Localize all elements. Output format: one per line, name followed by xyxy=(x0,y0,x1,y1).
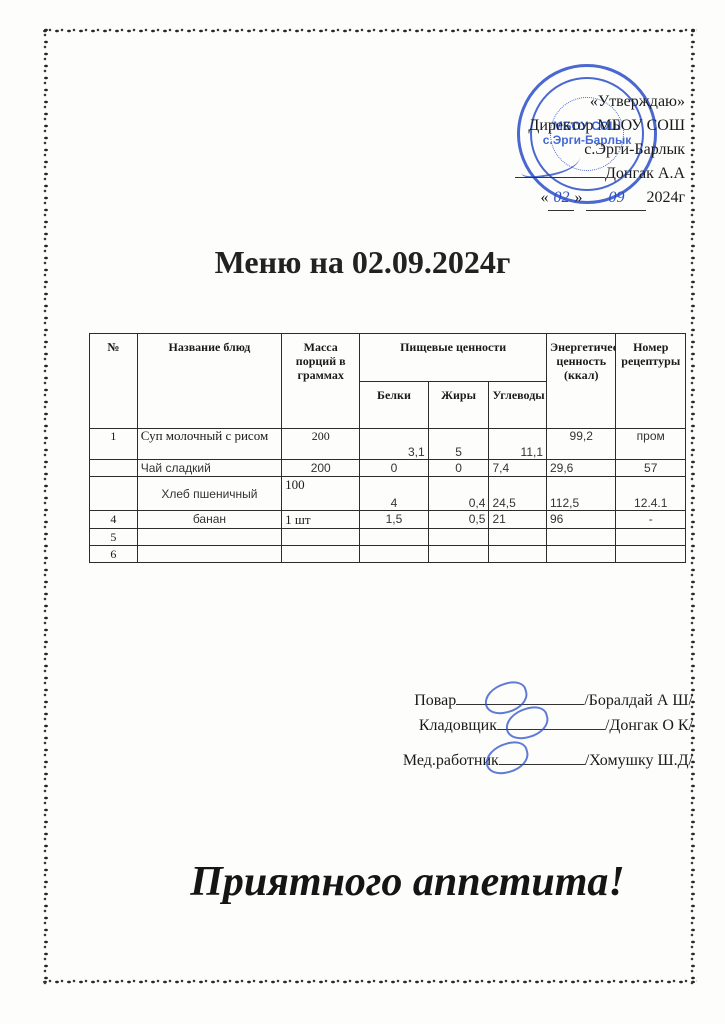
cell-mass xyxy=(282,546,360,563)
signature-person: /Хомушку Ш.Д/ xyxy=(585,752,693,769)
cell-fats: 5 xyxy=(428,429,489,460)
border-left xyxy=(42,27,50,986)
cell-proteins: 4 xyxy=(360,477,428,511)
cell-proteins xyxy=(360,546,428,563)
menu-table: № Название блюд Масса порций в граммах П… xyxy=(89,333,686,563)
header-name: Название блюд xyxy=(137,334,281,429)
border-top xyxy=(42,27,697,35)
cell-carbs xyxy=(489,546,547,563)
cell-recipe xyxy=(616,546,686,563)
border-right xyxy=(689,27,697,986)
approval-director-name: Донгак А.А xyxy=(605,165,685,182)
cell-fats xyxy=(428,529,489,546)
header-proteins: Белки xyxy=(360,382,428,429)
cell-energy: 99,2 xyxy=(547,429,616,460)
header-energy: Энергетическая ценность (ккал) xyxy=(547,334,616,429)
cell-no: 4 xyxy=(90,511,138,529)
cell-mass: 200 xyxy=(282,460,360,477)
cell-name xyxy=(137,546,281,563)
cell-energy: 112,5 xyxy=(547,477,616,511)
header-fats: Жиры xyxy=(428,382,489,429)
signature-storekeeper: Кладовщик/Донгак О К/ xyxy=(353,713,693,738)
cell-no xyxy=(90,460,138,477)
signature-medic: Мед.работник/Хомушку Ш.Д/ xyxy=(353,748,693,773)
approval-block: «Утверждаю» Директор МБОУ СОШ с.Эрги-Бар… xyxy=(495,90,685,211)
signature-role: Мед.работник xyxy=(403,752,499,769)
header-recipe: Номер рецептуры xyxy=(616,334,686,429)
signatures-block: Повар/Боралдай А Ш/ Кладовщик/Донгак О К… xyxy=(353,688,693,773)
table-row: Чай сладкий 200 0 0 7,4 29,6 57 xyxy=(90,460,686,477)
cell-proteins xyxy=(360,529,428,546)
cell-name: Суп молочный с рисом xyxy=(137,429,281,460)
cell-carbs: 7,4 xyxy=(489,460,547,477)
cell-name: Чай сладкий xyxy=(137,460,281,477)
signature-role: Повар xyxy=(414,692,456,709)
cell-fats: 0,4 xyxy=(428,477,489,511)
approval-date-month: 09 xyxy=(586,186,646,211)
table-row: 1 Суп молочный с рисом 200 3,1 5 11,1 99… xyxy=(90,429,686,460)
approval-date: «02» 092024г xyxy=(495,186,685,211)
cell-name: банан xyxy=(137,511,281,529)
cell-fats: 0 xyxy=(428,460,489,477)
border-bottom xyxy=(42,978,697,986)
cell-no: 6 xyxy=(90,546,138,563)
table-row: 6 xyxy=(90,546,686,563)
cell-recipe: 12.4.1 xyxy=(616,477,686,511)
approval-date-day: 02 xyxy=(548,186,574,211)
cell-no: 1 xyxy=(90,429,138,460)
cell-energy xyxy=(547,529,616,546)
cell-energy: 96 xyxy=(547,511,616,529)
cell-carbs: 11,1 xyxy=(489,429,547,460)
cell-energy xyxy=(547,546,616,563)
cell-mass: 1 шт xyxy=(282,511,360,529)
cell-carbs: 21 xyxy=(489,511,547,529)
cell-proteins: 3,1 xyxy=(360,429,428,460)
cell-recipe: 57 xyxy=(616,460,686,477)
header-mass: Масса порций в граммах xyxy=(282,334,360,429)
cell-mass: 200 xyxy=(282,429,360,460)
table-row: 4 банан 1 шт 1,5 0,5 21 96 - xyxy=(90,511,686,529)
cell-name: Хлеб пшеничный xyxy=(137,477,281,511)
cell-carbs: 24,5 xyxy=(489,477,547,511)
approval-director: Донгак А.А xyxy=(495,162,685,186)
header-nutrition: Пищевые ценности xyxy=(360,334,547,382)
signature-person: /Боралдай А Ш/ xyxy=(584,692,693,709)
cell-fats: 0,5 xyxy=(428,511,489,529)
cell-recipe: - xyxy=(616,511,686,529)
cell-proteins: 0 xyxy=(360,460,428,477)
cell-no xyxy=(90,477,138,511)
cell-name xyxy=(137,529,281,546)
approval-position: Директор МБОУ СОШ xyxy=(495,114,685,138)
table-row: Хлеб пшеничный 100 4 0,4 24,5 112,5 12.4… xyxy=(90,477,686,511)
cell-mass xyxy=(282,529,360,546)
cell-mass: 100 xyxy=(282,477,360,511)
header-carbs: Углеводы xyxy=(489,382,547,429)
signature-role: Кладовщик xyxy=(419,717,497,734)
cell-recipe: пром xyxy=(616,429,686,460)
cell-no: 5 xyxy=(90,529,138,546)
header-no: № xyxy=(90,334,138,429)
cell-fats xyxy=(428,546,489,563)
approval-school: с.Эрги-Барлык xyxy=(495,138,685,162)
cell-proteins: 1,5 xyxy=(360,511,428,529)
cell-energy: 29,6 xyxy=(547,460,616,477)
cell-carbs xyxy=(489,529,547,546)
approval-date-year: 2024г xyxy=(646,189,685,206)
table-row: 5 xyxy=(90,529,686,546)
footer-greeting: Приятного аппетита! xyxy=(0,858,725,906)
page-title: Меню на 02.09.2024г xyxy=(0,244,725,281)
approval-heading: «Утверждаю» xyxy=(495,90,685,114)
signature-person: /Донгак О К/ xyxy=(605,717,693,734)
table-header-row: № Название блюд Масса порций в граммах П… xyxy=(90,334,686,382)
cell-recipe xyxy=(616,529,686,546)
